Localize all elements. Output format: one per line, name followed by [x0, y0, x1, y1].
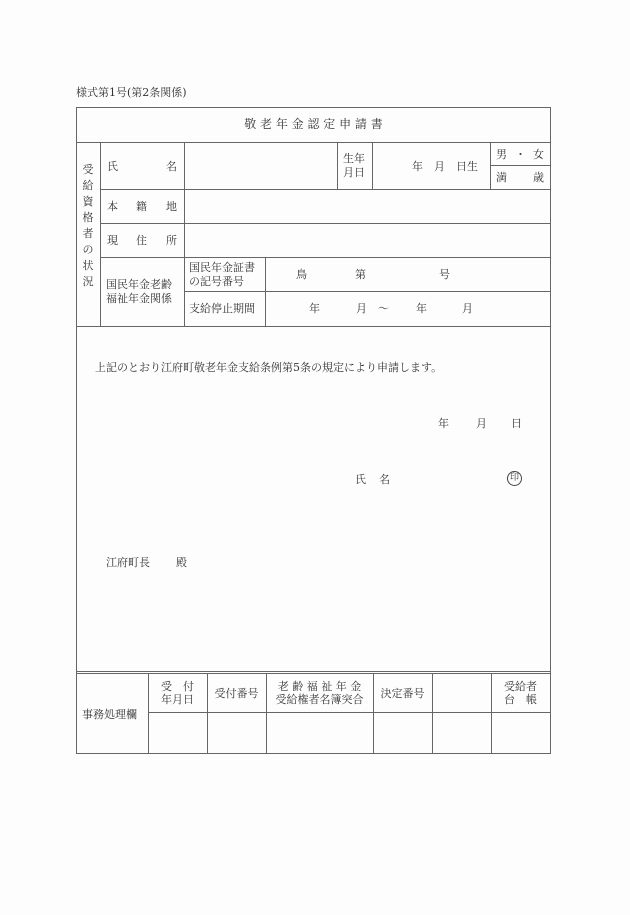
age-label: 満	[496, 171, 507, 184]
frame-top	[76, 107, 551, 108]
suspension-period-field[interactable]	[266, 292, 550, 326]
applicant-name-label: 名	[379, 473, 390, 486]
domicile-label: 籍	[136, 200, 147, 213]
age-unit: 歳	[533, 171, 544, 184]
header-recipient-ledger: 受給者 台 帳	[491, 680, 550, 706]
divider	[100, 142, 101, 326]
address-label: 住	[136, 234, 147, 247]
address-label: 所	[166, 234, 177, 247]
address-field[interactable]	[185, 224, 550, 257]
registry-check-field[interactable]	[267, 713, 373, 753]
suspension-label: 支給停止期間	[189, 302, 255, 315]
domicile-label: 地	[166, 200, 177, 213]
recipient-ledger-field[interactable]	[492, 713, 550, 753]
name-field[interactable]	[185, 143, 337, 189]
header-receipt-date: 受 付 年月日	[148, 680, 207, 706]
frame-bottom	[76, 753, 551, 754]
certificate-label: の記号番号	[189, 275, 244, 288]
name-label: 氏	[107, 160, 118, 173]
seal-icon: 印	[507, 471, 522, 486]
application-date-field[interactable]	[400, 410, 530, 434]
domicile-field[interactable]	[185, 190, 550, 223]
gender-male[interactable]: 男	[496, 148, 507, 161]
decision-number-field[interactable]	[374, 713, 432, 753]
gender-separator: ・	[515, 148, 526, 161]
certificate-number-field[interactable]	[266, 258, 550, 291]
birth-date-field[interactable]: 年 月 日生	[412, 160, 478, 173]
header-registry-check: 老 齢 福 祉 年 金 受給権者名簿突合	[266, 680, 373, 706]
application-statement: 上記のとおり江府町敬老年金支給条例第5条の規定により申請します。	[95, 361, 442, 374]
divider	[76, 671, 551, 672]
name-label: 名	[166, 160, 177, 173]
header-decision-number: 決定番号	[373, 687, 432, 700]
applicant-name-label: 氏	[355, 473, 366, 486]
pension-relation-label: 国民年金老齢	[106, 278, 172, 291]
frame-left	[76, 107, 77, 754]
divider	[76, 326, 551, 327]
form-title: 敬 老 年 金 認 定 申 請 書	[76, 118, 551, 131]
birth-label: 月日	[343, 166, 365, 179]
addressee: 江府町長	[106, 556, 150, 569]
header-receipt-number: 受付番号	[207, 687, 266, 700]
receipt-number-field[interactable]	[208, 713, 266, 753]
divider	[337, 142, 338, 189]
form-number: 様式第1号(第2条関係)	[76, 86, 187, 99]
gender-female[interactable]: 女	[533, 148, 544, 161]
pension-relation-label: 福祉年金関係	[106, 292, 172, 305]
receipt-date-field[interactable]	[149, 713, 207, 753]
blank-field[interactable]	[433, 713, 491, 753]
certificate-label: 国民年金証書	[189, 261, 255, 274]
birth-label: 生年	[343, 152, 365, 165]
address-label: 現	[107, 234, 118, 247]
domicile-label: 本	[107, 200, 118, 213]
recipient-status-label: 受 給 資 格 者 の 状 況	[81, 162, 95, 290]
office-section-label: 事務処理欄	[82, 708, 137, 721]
frame-right	[550, 107, 551, 754]
applicant-name-field[interactable]	[395, 466, 500, 490]
divider	[490, 165, 550, 166]
divider	[372, 142, 373, 189]
honorific: 殿	[176, 556, 187, 569]
